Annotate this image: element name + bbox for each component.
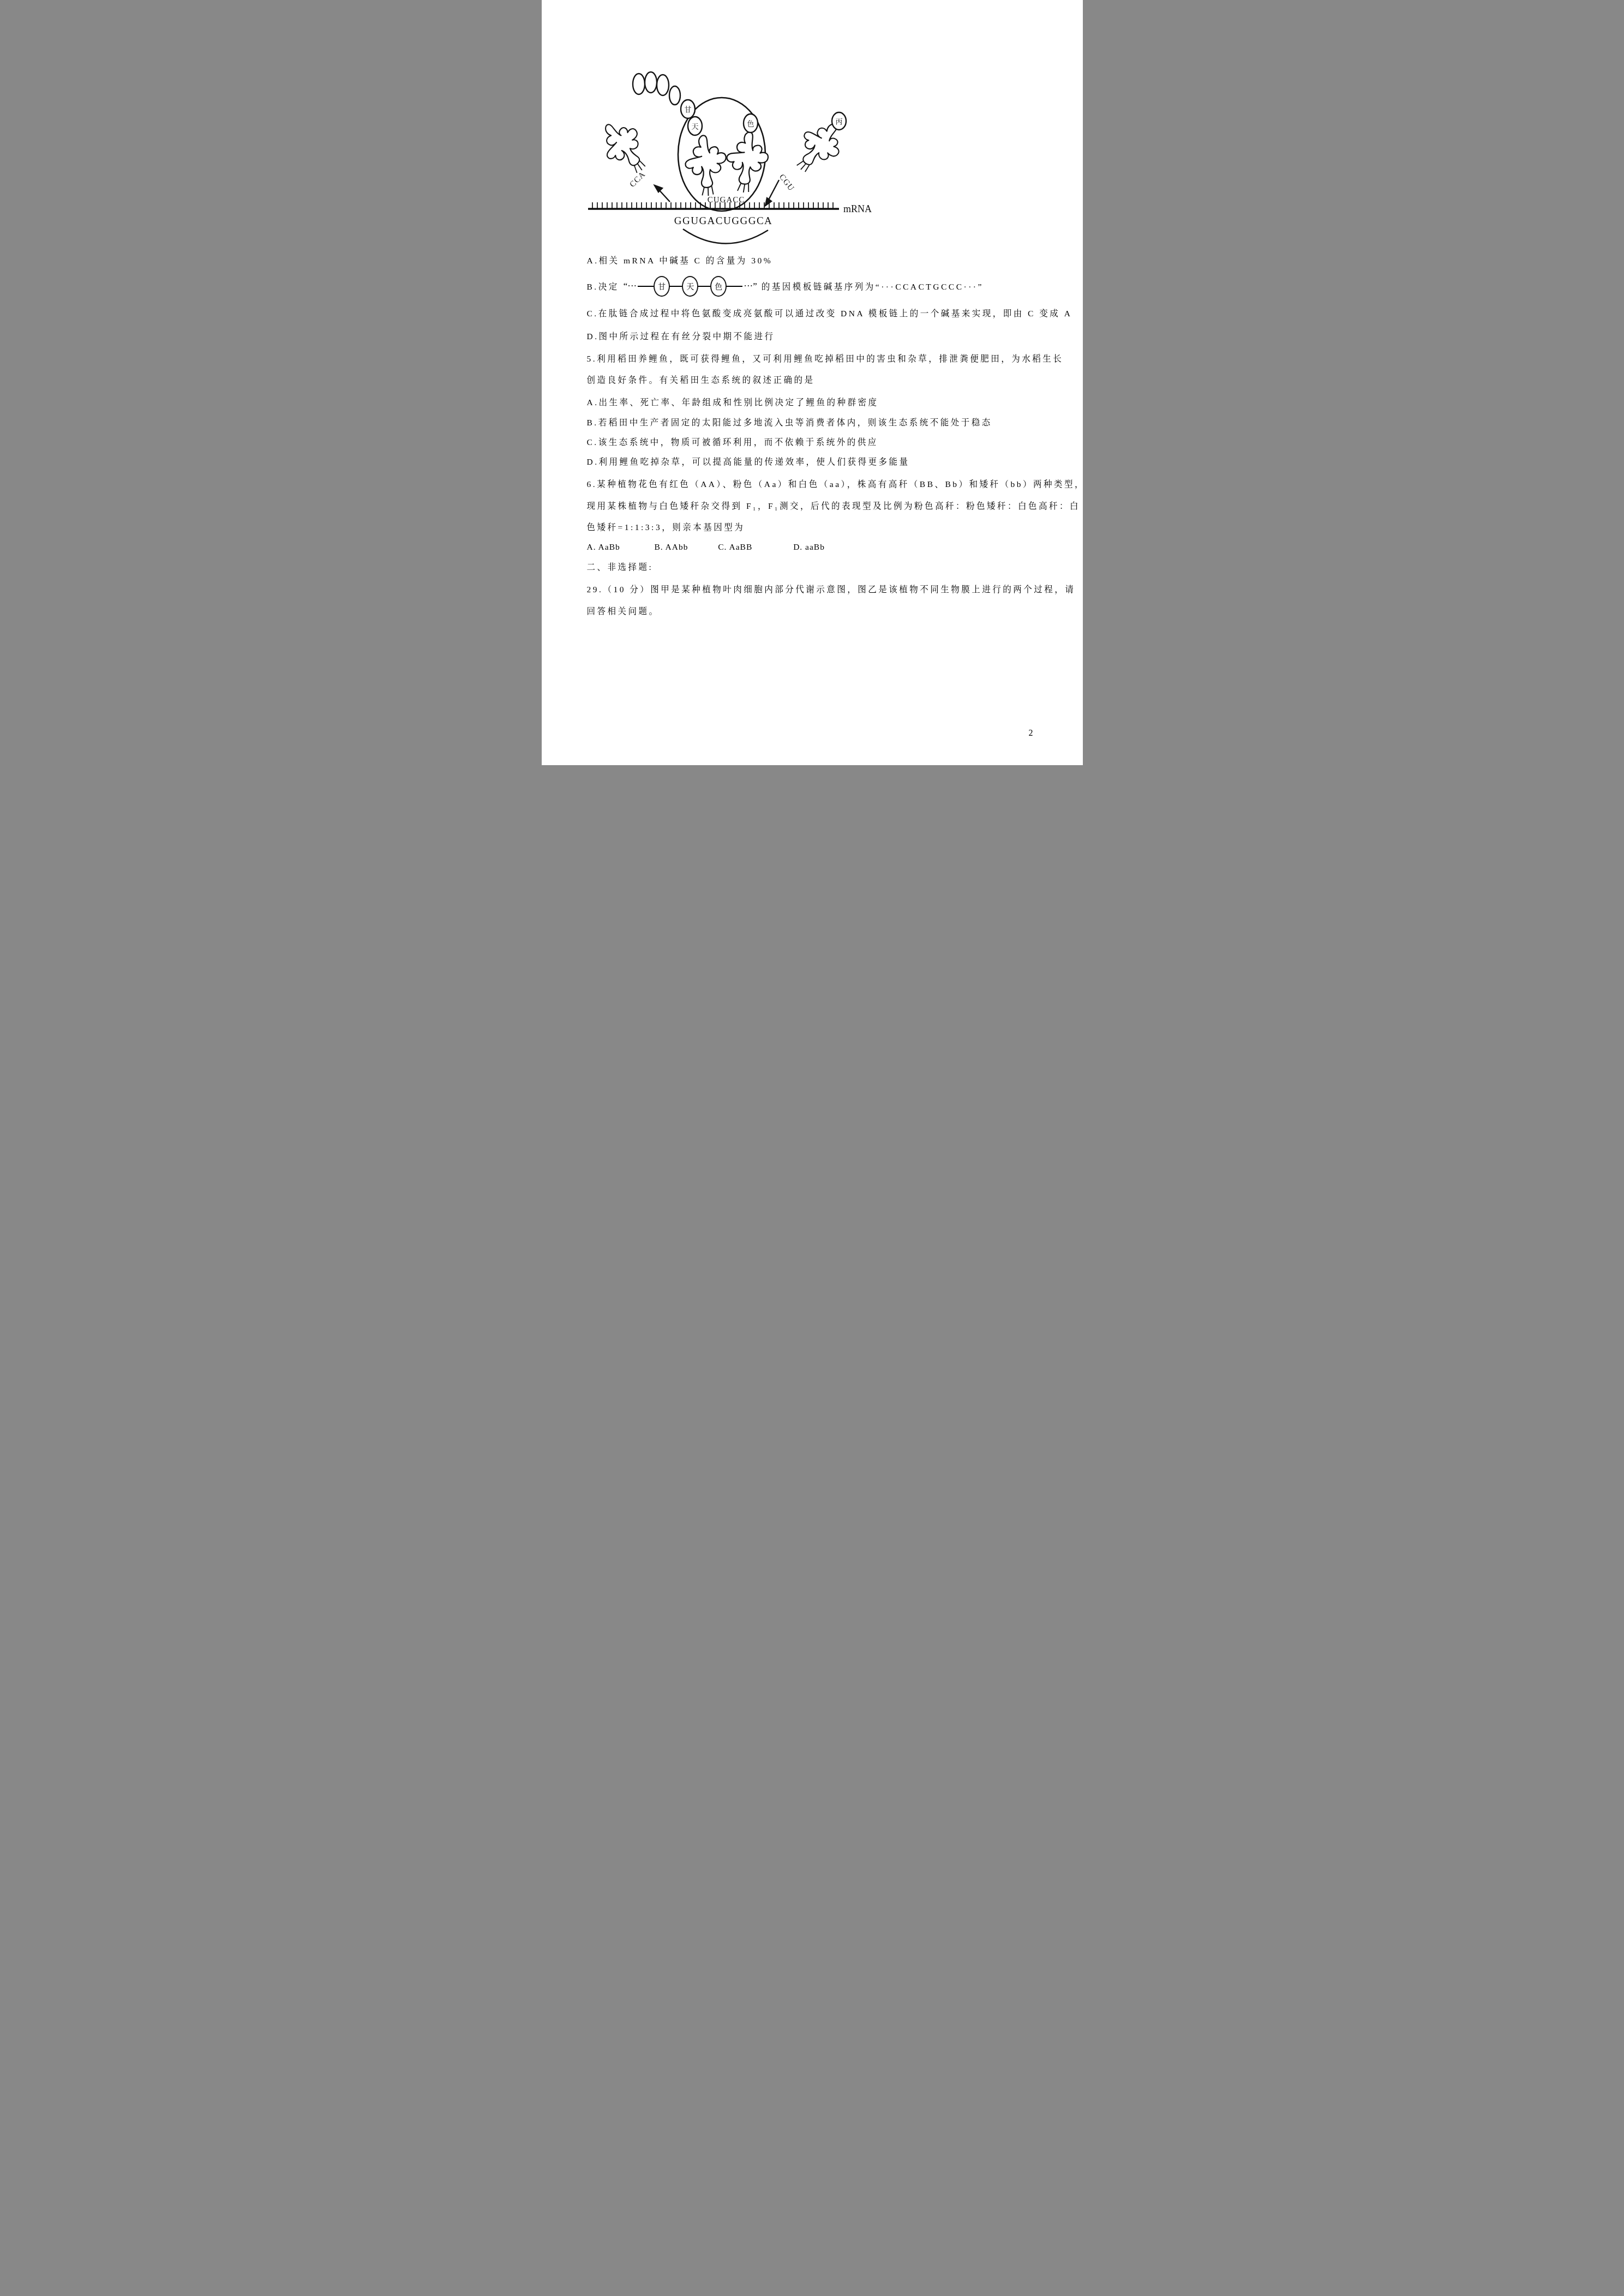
q6-option-a: A. AaBb xyxy=(587,543,652,552)
q5-stem-line2: 创造良好条件。有关稻田生态系统的叙述正确的是 xyxy=(587,375,815,387)
section2-heading: 二、非选择题: xyxy=(587,562,654,574)
anticodon-cca-label: CCA xyxy=(628,170,647,189)
trna-leaving xyxy=(592,113,657,182)
q4-option-b-suffix: 的基因模板链碱基序列为“···CCACTGCCC···” xyxy=(762,280,984,292)
polypeptide-chain xyxy=(633,72,846,135)
q4-option-b: B.决定 “··· 甘 天 色 ···” 的基因模板链碱基序列为“···CCAC… xyxy=(587,276,984,297)
exam-page: 甘 天 色 丙 CCA CGU CUGACC mRNA GGUGACUGGGCA… xyxy=(542,0,1083,765)
q5-option-c: C.该生态系统中，物质可被循环利用，而不依赖于系统外的供应 xyxy=(587,437,878,449)
q4-option-d: D.图中所示过程在有丝分裂中期不能进行 xyxy=(587,331,775,343)
trna-psite xyxy=(683,134,729,197)
mrna-sequence-label: GGUGACUGGGCA xyxy=(674,215,772,227)
anticodon-cgu-label: CGU xyxy=(777,173,795,193)
q4-option-c: C.在肽链合成过程中将色氨酸变成亮氨酸可以通过改变 DNA 模板链上的一个碱基来… xyxy=(587,308,1072,320)
sequence-arc xyxy=(683,229,768,244)
q5-stem-line1: 5.利用稻田养鲤鱼，既可获得鲤鱼，又可利用鲤鱼吃掉稻田中的害虫和杂草，排泄粪便肥… xyxy=(587,353,1064,365)
leaving-arrow xyxy=(655,185,670,202)
peptide-bond-line xyxy=(669,286,682,287)
q6-stem-line2: 现用某株植物与白色矮秆杂交得到 F₁，F₁测交，后代的表现型及比例为粉色高秆：粉… xyxy=(587,501,1080,513)
q5-option-b: B.若稻田中生产者固定的太阳能过多地流入虫等消费者体内，则该生态系统不能处于稳态 xyxy=(587,417,992,429)
translation-diagram: 甘 天 色 丙 CCA CGU CUGACC mRNA GGUGACUGGGCA xyxy=(587,70,884,250)
amino-acid-gan: 甘 xyxy=(684,105,691,113)
peptide-circle-se: 色 xyxy=(710,276,727,297)
q6-stem-line3: 色矮秆=1:1:3:3，则亲本基因型为 xyxy=(587,522,745,534)
amino-acid-se: 色 xyxy=(747,119,754,128)
amino-acid-tian: 天 xyxy=(691,122,698,130)
q6-option-c: C. AaBB xyxy=(718,543,791,552)
mrna-label: mRNA xyxy=(843,203,872,214)
peptide-bond-line xyxy=(726,286,742,287)
q6-option-d: D. aaBb xyxy=(793,543,825,552)
q4-option-b-close-quote: ···” xyxy=(744,281,757,292)
q6-option-b: B. AAbb xyxy=(654,543,716,552)
q29-line1: 29.（10 分）图甲是某种植物叶肉细胞内部分代谢示意图，图乙是该植物不同生物膜… xyxy=(587,584,1076,596)
q6-stem-line1: 6.某种植物花色有红色（AA）、粉色（Aa）和白色（aa），株高有高秆（BB、B… xyxy=(587,479,1083,491)
q5-option-d: D.利用鲤鱼吃掉杂草，可以提高能量的传递效率，使人们获得更多能量 xyxy=(587,456,910,468)
peptide-bond-line xyxy=(638,286,654,287)
q4-option-b-open-quote: “··· xyxy=(624,281,637,292)
peptide-circle-gan: 甘 xyxy=(654,276,670,297)
peptide-circle-tian: 天 xyxy=(682,276,698,297)
q4-option-b-prefix: B.决定 xyxy=(587,280,619,292)
page-number: 2 xyxy=(1029,729,1033,738)
q29-line2: 回答相关问题。 xyxy=(587,606,660,618)
q4-option-a: A.相关 mRNA 中碱基 C 的含量为 30% xyxy=(587,255,773,267)
amino-acid-bing: 丙 xyxy=(835,117,842,125)
q5-option-a: A.出生率、死亡率、年龄组成和性别比例决定了鲤鱼的种群密度 xyxy=(587,397,879,409)
q6-options-row: A. AaBb B. AAbb C. AaBB D. aaBb xyxy=(587,543,825,552)
incoming-arrow xyxy=(765,180,779,206)
peptide-bond-line xyxy=(698,286,711,287)
